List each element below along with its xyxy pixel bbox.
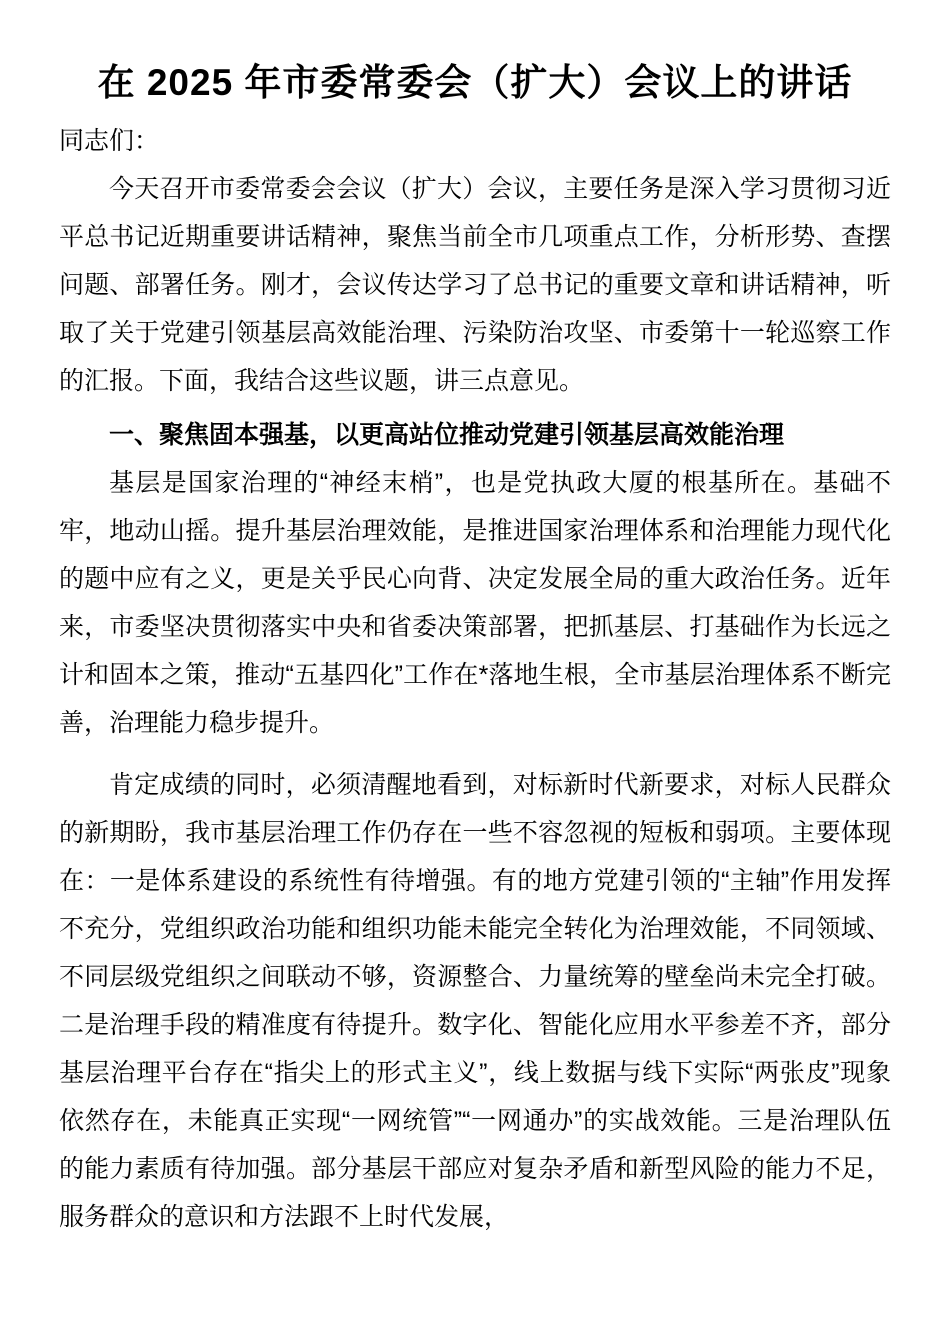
paragraph-opening: 今天召开市委常委会会议（扩大）会议，主要任务是深入学习贯彻习近平总书记近期重要讲… bbox=[59, 165, 891, 405]
paragraph-achievements: 基层是国家治理的“神经末梢”，也是党执政大厦的根基所在。基础不牢，地动山摇。提升… bbox=[59, 459, 891, 747]
document-title: 在 2025 年市委常委会（扩大）会议上的讲话 bbox=[59, 55, 891, 111]
document-page: 在 2025 年市委常委会（扩大）会议上的讲话 同志们： 今天召开市委常委会会议… bbox=[0, 0, 950, 1344]
salutation: 同志们： bbox=[59, 117, 891, 165]
paragraph-problems: 肯定成绩的同时，必须清醒地看到，对标新时代新要求，对标人民群众的新期盼，我市基层… bbox=[59, 761, 891, 1241]
section-heading-1: 一、聚焦固本强基，以更高站位推动党建引领基层高效能治理 bbox=[59, 411, 891, 459]
